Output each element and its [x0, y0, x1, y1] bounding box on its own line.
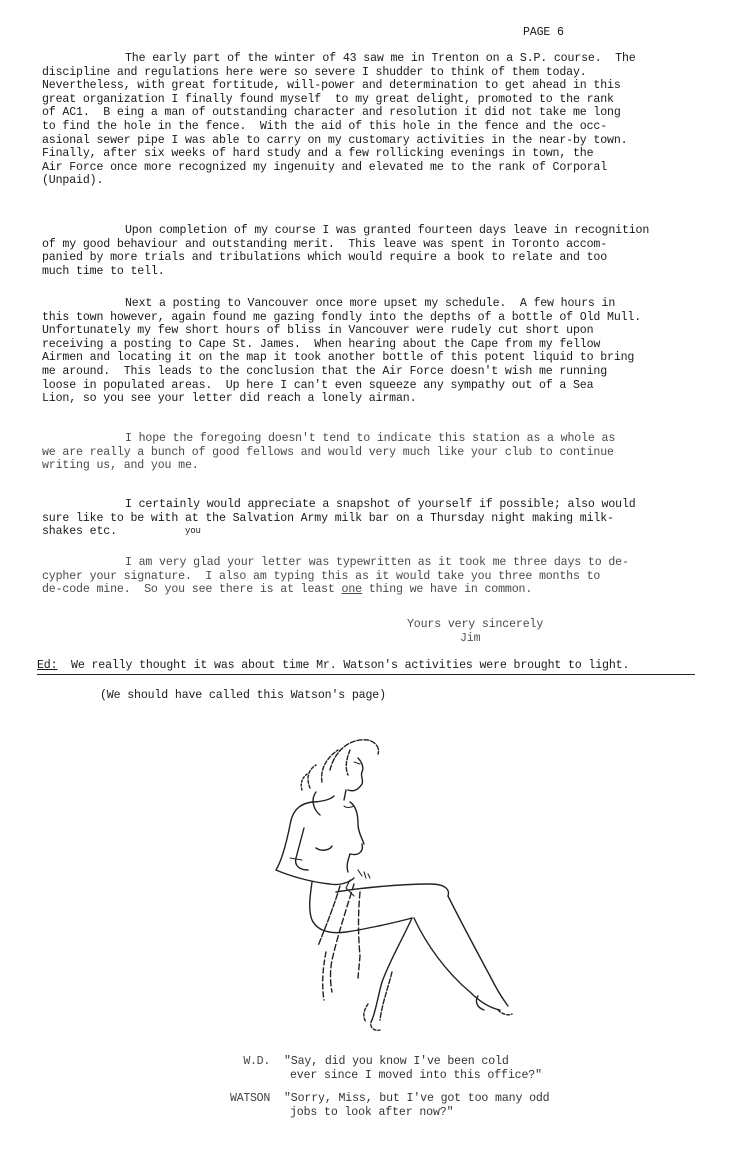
text-line: Lion, so you see your letter did reach a… [42, 392, 722, 406]
speaker-label: WATSON [200, 1092, 284, 1119]
speech-text: "Sorry, Miss, but I've got too many odd … [284, 1092, 550, 1119]
text-line: of AC1. B eing a man of outstanding char… [42, 106, 722, 120]
paragraph-typewritten: I am very glad your letter was typewritt… [42, 556, 722, 597]
text-line: asional sewer pipe I was able to carry o… [42, 134, 722, 148]
text-line: Nevertheless, with great fortitude, will… [42, 79, 722, 93]
text-line: cypher your signature. I also am typing … [42, 570, 722, 584]
text-line: me around. This leads to the conclusion … [42, 365, 722, 379]
text-line: much time to tell. [42, 265, 722, 279]
paragraph-foregoing: I hope the foregoing doesn't tend to ind… [42, 432, 722, 473]
text-line: discipline and regulations here were so … [42, 66, 722, 80]
text-line: to find the hole in the fence. With the … [42, 120, 722, 134]
text-line: Next a posting to Vancouver once more up… [42, 297, 722, 311]
paragraph-snapshot: I certainly would appreciate a snapshot … [42, 498, 722, 539]
text-line: receiving a posting to Cape St. James. W… [42, 338, 722, 352]
text-line: Unfortunately my few short hours of blis… [42, 324, 722, 338]
text-line: great organization I finally found mysel… [42, 93, 722, 107]
underlined-word: one [342, 583, 362, 596]
speaker-label: W.D. [200, 1055, 284, 1082]
text-line: of my good behaviour and outstanding mer… [42, 238, 722, 252]
speech-line: "Sorry, Miss, but I've got too many odd [284, 1092, 550, 1106]
editor-label: Ed: [37, 659, 57, 672]
editor-note-text: We really thought it was about time Mr. … [57, 659, 629, 672]
text-line: Air Force once more recognized my ingenu… [42, 161, 722, 175]
paragraph-leave: Upon completion of my course I was grant… [42, 224, 722, 278]
text-line: loose in populated areas. Up here I can'… [42, 379, 722, 393]
handwritten-insert: you [185, 527, 201, 536]
page-number: PAGE 6 [523, 26, 564, 40]
text-line: Airmen and locating it on the map it too… [42, 351, 722, 365]
text-line: Finally, after six weeks of hard study a… [42, 147, 722, 161]
text-line-composite: de-code mine. So you see there is at lea… [42, 583, 722, 597]
text-line: we are really a bunch of good fellows an… [42, 446, 722, 460]
signature: Jim [407, 632, 543, 646]
text-line: sure like to be with at the Salvation Ar… [42, 512, 722, 526]
dialogue-row: WATSON "Sorry, Miss, but I've got too ma… [200, 1092, 550, 1119]
speech-line: jobs to look after now?" [284, 1106, 550, 1120]
text-line: shakes etc. [42, 525, 722, 539]
text-line: (Unpaid). [42, 174, 722, 188]
seated-woman-sketch-icon [250, 720, 530, 1040]
editor-note: Ed: We really thought it was about time … [37, 659, 695, 675]
text-line: Upon completion of my course I was grant… [42, 224, 722, 238]
text-fragment: thing we have in common. [362, 583, 532, 596]
text-line: I am very glad your letter was typewritt… [42, 556, 722, 570]
editor-aside: (We should have called this Watson's pag… [100, 689, 386, 703]
paragraph-winter-43: The early part of the winter of 43 saw m… [42, 52, 722, 188]
letter-closing: Yours very sincerely Jim [407, 618, 543, 645]
text-fragment: de-code mine. So you see there is at lea… [42, 583, 342, 596]
valediction: Yours very sincerely [407, 618, 543, 632]
speech-line: ever since I moved into this office?" [284, 1069, 542, 1083]
paragraph-vancouver: Next a posting to Vancouver once more up… [42, 297, 722, 406]
speech-text: "Say, did you know I've been cold ever s… [284, 1055, 542, 1082]
text-line: I hope the foregoing doesn't tend to ind… [42, 432, 722, 446]
typewritten-page: PAGE 6 The early part of the winter of 4… [0, 0, 750, 1175]
text-line: writing us, and you me. [42, 459, 722, 473]
text-line: this town however, again found me gazing… [42, 311, 722, 325]
text-line: panied by more trials and tribulations w… [42, 251, 722, 265]
text-line: I certainly would appreciate a snapshot … [42, 498, 722, 512]
caption-dialogue: W.D. "Say, did you know I've been cold e… [200, 1055, 550, 1129]
speech-line: "Say, did you know I've been cold [284, 1055, 542, 1069]
dialogue-row: W.D. "Say, did you know I've been cold e… [200, 1055, 550, 1082]
text-line: The early part of the winter of 43 saw m… [42, 52, 722, 66]
